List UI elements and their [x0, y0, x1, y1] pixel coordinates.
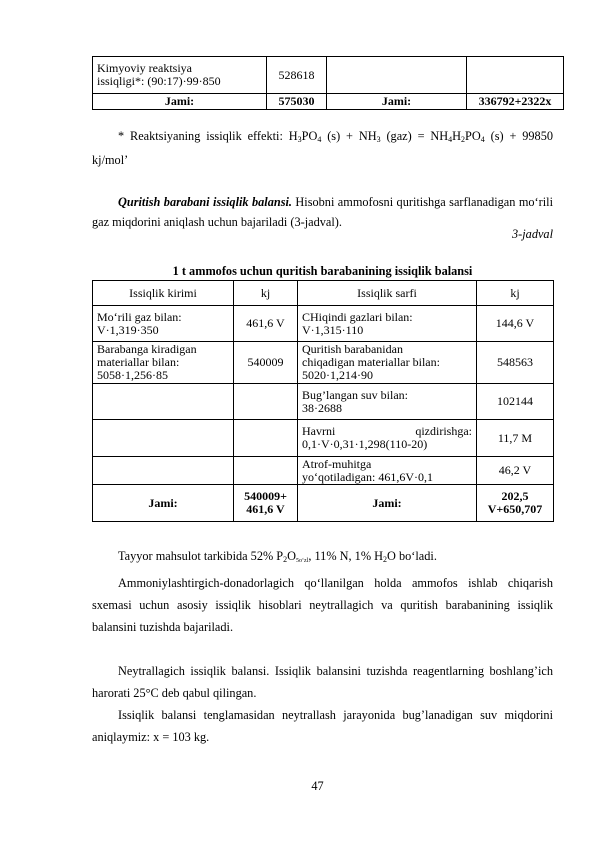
expense-item: Quritish barabanidanchiqadigan materiall…: [298, 342, 477, 384]
income-value: 540009: [234, 342, 298, 384]
table-cell-empty: [467, 57, 564, 94]
total-label: Jami:: [327, 94, 467, 110]
table-row: Mo‘rili gaz bilan:V·1,319·350 461,6 V CH…: [93, 306, 554, 342]
table-header-row: Issiqlik kirimi kj Issiqlik sarfi kj: [93, 281, 554, 306]
reaction-heat-table-fragment: Kimyoviy reaktsiya issiqligi*: (90:17)·9…: [92, 56, 564, 110]
table-row: Atrof-muhitgayo‘qotiladigan: 461,6V·0,1 …: [93, 457, 554, 485]
column-header: Issiqlik kirimi: [93, 281, 234, 306]
table-row: Kimyoviy reaktsiya issiqligi*: (90:17)·9…: [93, 57, 564, 94]
table-row: Havrni qizdirishga:0,1·V·0,31·1,298(110-…: [93, 420, 554, 457]
total-value: 336792+2322x: [467, 94, 564, 110]
income-item-empty: [93, 457, 234, 485]
expense-item: Havrni qizdirishga:0,1·V·0,31·1,298(110-…: [298, 420, 477, 457]
expense-item: Atrof-muhitgayo‘qotiladigan: 461,6V·0,1: [298, 457, 477, 485]
table-row: Bug’langan suv bilan:38·2688 102144: [93, 384, 554, 420]
expense-value: 144,6 V: [477, 306, 554, 342]
section-heading: Quritish barabani issiqlik balansi.: [118, 195, 292, 209]
income-item: Mo‘rili gaz bilan:V·1,319·350: [93, 306, 234, 342]
expense-item: Bug’langan suv bilan:38·2688: [298, 384, 477, 420]
body-paragraph: Ammoniylashtirgich-donadorlagich qo‘llan…: [92, 572, 553, 638]
table-number-label: 3-jadval: [512, 227, 553, 242]
expense-value: 102144: [477, 384, 554, 420]
table-row: Barabanga kiradiganmateriallar bilan:505…: [93, 342, 554, 384]
total-value: 202,5V+650,707: [477, 485, 554, 522]
income-item-empty: [93, 420, 234, 457]
total-label: Jami:: [93, 94, 267, 110]
table-cell-value: 528618: [267, 57, 327, 94]
document-page: Kimyoviy reaktsiya issiqligi*: (90:17)·9…: [0, 0, 595, 842]
income-item-empty: [93, 384, 234, 420]
page-number: 47: [0, 779, 595, 794]
expense-item: CHiqindi gazlari bilan:V·1,315·110: [298, 306, 477, 342]
total-label: Jami:: [93, 485, 234, 522]
total-value: 575030: [267, 94, 327, 110]
income-value: 461,6 V: [234, 306, 298, 342]
table-total-row: Jami: 540009+461,6 V Jami: 202,5V+650,70…: [93, 485, 554, 522]
column-header: kj: [477, 281, 554, 306]
table-cell-empty: [327, 57, 467, 94]
table-cell-label: Kimyoviy reaktsiya issiqligi*: (90:17)·9…: [93, 57, 267, 94]
column-header: kj: [234, 281, 298, 306]
body-paragraph: Issiqlik balansi tenglamasidan neytralla…: [92, 704, 553, 748]
expense-value: 46,2 V: [477, 457, 554, 485]
income-value-empty: [234, 384, 298, 420]
heat-balance-table: Issiqlik kirimi kj Issiqlik sarfi kj Mo‘…: [92, 280, 554, 522]
income-item: Barabanga kiradiganmateriallar bilan:505…: [93, 342, 234, 384]
body-paragraph: Neytrallagich issiqlik balansi. Issiqlik…: [92, 660, 553, 704]
section-paragraph: Quritish barabani issiqlik balansi. Hiso…: [92, 192, 553, 232]
table-caption: 1 t ammofos uchun quritish barabanining …: [92, 262, 553, 280]
product-composition-paragraph: Tayyor mahsulot tarkibida 52% P2O5o‘zl, …: [92, 546, 553, 571]
footnote: * Reaktsiyaning issiqlik effekti: H3PO4 …: [92, 126, 553, 170]
cell-line: issiqligi*: (90:17)·99·850: [97, 75, 262, 88]
column-header: Issiqlik sarfi: [298, 281, 477, 306]
total-label: Jami:: [298, 485, 477, 522]
expense-value: 548563: [477, 342, 554, 384]
income-value-empty: [234, 457, 298, 485]
income-value-empty: [234, 420, 298, 457]
table-total-row: Jami: 575030 Jami: 336792+2322x: [93, 94, 564, 110]
expense-value: 11,7 M: [477, 420, 554, 457]
total-value: 540009+461,6 V: [234, 485, 298, 522]
